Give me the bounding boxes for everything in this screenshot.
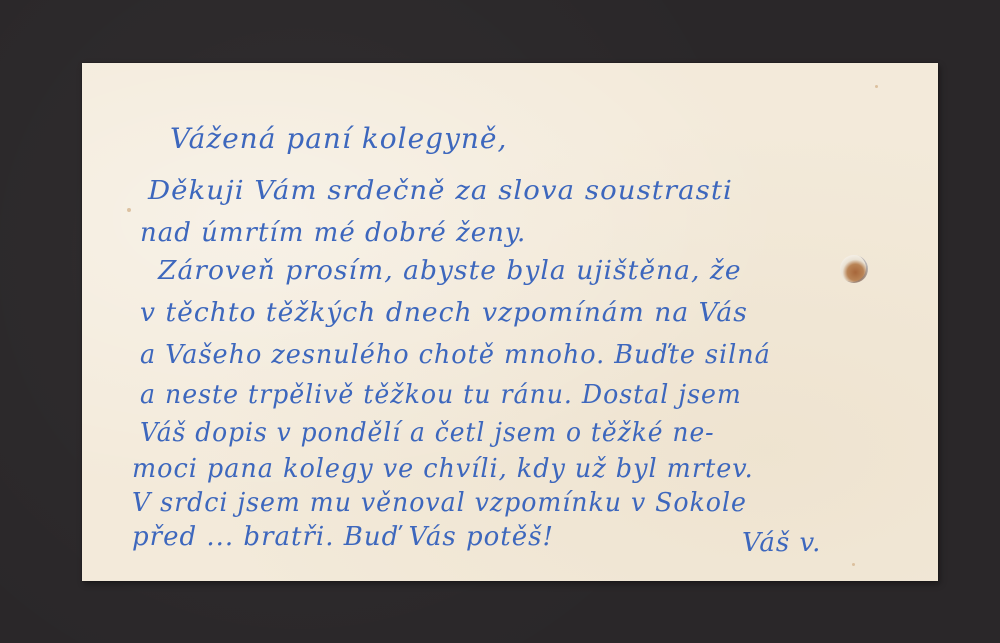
letter-line-4: v těchto těžkých dnech vzpomínám na Vás (140, 298, 748, 328)
letter-line-1: Děkuji Vám srdečně za slova soustrasti (148, 176, 733, 206)
letter-line-8: moci pana kolegy ve chvíli, kdy už byl m… (132, 454, 754, 484)
letter-line-9: V srdci jsem mu věnoval vzpomínku v Soko… (132, 488, 747, 518)
letter-line-6: a neste trpělivě těžkou tu ránu. Dostal … (140, 380, 742, 410)
greeting: Vážená paní kolegyně, (170, 122, 507, 155)
letter-line-10: před ... bratři. Buď Vás potěš! (132, 522, 554, 552)
letter-line-7: Váš dopis v pondělí a četl jsem o těžké … (140, 418, 715, 448)
handwritten-text: Vážená paní kolegyně, Děkuji Vám srdečně… (0, 0, 1000, 643)
letter-line-2: nad úmrtím mé dobré ženy. (140, 218, 526, 248)
closing-signature: Váš v. (742, 528, 821, 558)
letter-line-5: a Vašeho zesnulého chotě mnoho. Buďte si… (140, 340, 771, 370)
letter-line-3: Zároveň prosím, abyste byla ujištěna, že (158, 256, 742, 286)
